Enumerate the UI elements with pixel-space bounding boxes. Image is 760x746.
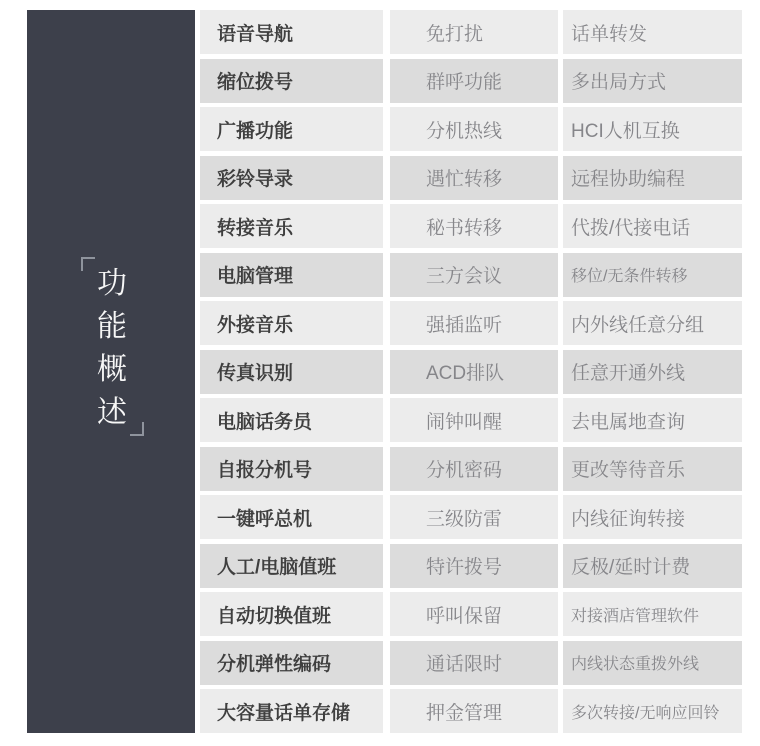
feature-cell-tertiary: 去电属地查询: [563, 398, 742, 442]
feature-table: 语音导航 免打扰 话单转发 缩位拨号 群呼功能 多出局方式 广播功能 分机热线 …: [200, 10, 742, 733]
feature-cell-secondary: 押金管理: [390, 689, 558, 733]
table-row: 语音导航 免打扰 话单转发: [200, 10, 742, 54]
table-row: 彩铃导录 遇忙转移 远程协助编程: [200, 156, 742, 200]
table-row: 传真识别 ACD排队 任意开通外线: [200, 350, 742, 394]
feature-cell-primary: 电脑话务员: [200, 398, 383, 442]
feature-cell-primary: 外接音乐: [200, 301, 383, 345]
feature-cell-primary: 一键呼总机: [200, 495, 383, 539]
feature-cell-primary: 转接音乐: [200, 204, 383, 248]
page-title-wrap: 功能概述: [96, 262, 128, 434]
table-row: 电脑管理 三方会议 移位/无条件转移: [200, 253, 742, 297]
table-row: 外接音乐 强插监听 内外线任意分组: [200, 301, 742, 345]
feature-cell-secondary: 强插监听: [390, 301, 558, 345]
feature-cell-tertiary: 移位/无条件转移: [563, 253, 742, 297]
feature-cell-secondary: 免打扰: [390, 10, 558, 54]
table-row: 转接音乐 秘书转移 代拨/代接电话: [200, 204, 742, 248]
feature-overview-page: 功能概述 语音导航 免打扰 话单转发 缩位拨号 群呼功能 多出局方式 广播功能 …: [0, 0, 760, 746]
feature-cell-secondary: 三级防雷: [390, 495, 558, 539]
feature-cell-primary: 大容量话单存储: [200, 689, 383, 733]
feature-cell-tertiary: 内线状态重拨外线: [563, 641, 742, 685]
table-row: 广播功能 分机热线 HCI人机互换: [200, 107, 742, 151]
table-row: 缩位拨号 群呼功能 多出局方式: [200, 59, 742, 103]
feature-cell-secondary: 特许拨号: [390, 544, 558, 588]
feature-cell-tertiary: 多出局方式: [563, 59, 742, 103]
feature-cell-tertiary: 任意开通外线: [563, 350, 742, 394]
feature-cell-tertiary: HCI人机互换: [563, 107, 742, 151]
table-row: 一键呼总机 三级防雷 内线征询转接: [200, 495, 742, 539]
feature-cell-secondary: 分机热线: [390, 107, 558, 151]
feature-cell-tertiary: 话单转发: [563, 10, 742, 54]
feature-cell-primary: 彩铃导录: [200, 156, 383, 200]
table-row: 自动切换值班 呼叫保留 对接酒店管理软件: [200, 592, 742, 636]
feature-cell-primary: 分机弹性编码: [200, 641, 383, 685]
feature-cell-primary: 广播功能: [200, 107, 383, 151]
feature-cell-tertiary: 内外线任意分组: [563, 301, 742, 345]
corner-bracket-open-icon: [81, 257, 95, 271]
feature-cell-tertiary: 远程协助编程: [563, 156, 742, 200]
feature-cell-secondary: 呼叫保留: [390, 592, 558, 636]
feature-cell-secondary: 群呼功能: [390, 59, 558, 103]
feature-cell-secondary: 秘书转移: [390, 204, 558, 248]
feature-cell-tertiary: 对接酒店管理软件: [563, 592, 742, 636]
feature-cell-primary: 传真识别: [200, 350, 383, 394]
sidebar: 功能概述: [27, 10, 195, 733]
feature-cell-secondary: ACD排队: [390, 350, 558, 394]
page-title: 功能概述: [96, 262, 128, 434]
feature-cell-secondary: 通话限时: [390, 641, 558, 685]
table-row: 大容量话单存储 押金管理 多次转接/无响应回铃: [200, 689, 742, 733]
feature-cell-primary: 缩位拨号: [200, 59, 383, 103]
feature-cell-primary: 自动切换值班: [200, 592, 383, 636]
feature-cell-tertiary: 内线征询转接: [563, 495, 742, 539]
feature-cell-secondary: 分机密码: [390, 447, 558, 491]
table-row: 电脑话务员 闹钟叫醒 去电属地查询: [200, 398, 742, 442]
feature-cell-secondary: 三方会议: [390, 253, 558, 297]
feature-cell-secondary: 闹钟叫醒: [390, 398, 558, 442]
feature-cell-tertiary: 反极/延时计费: [563, 544, 742, 588]
table-row: 分机弹性编码 通话限时 内线状态重拨外线: [200, 641, 742, 685]
feature-cell-primary: 人工/电脑值班: [200, 544, 383, 588]
table-row: 自报分机号 分机密码 更改等待音乐: [200, 447, 742, 491]
feature-cell-primary: 自报分机号: [200, 447, 383, 491]
feature-cell-primary: 语音导航: [200, 10, 383, 54]
feature-cell-tertiary: 代拨/代接电话: [563, 204, 742, 248]
feature-cell-tertiary: 更改等待音乐: [563, 447, 742, 491]
feature-cell-secondary: 遇忙转移: [390, 156, 558, 200]
corner-bracket-close-icon: [130, 422, 144, 436]
feature-cell-tertiary: 多次转接/无响应回铃: [563, 689, 742, 733]
table-row: 人工/电脑值班 特许拨号 反极/延时计费: [200, 544, 742, 588]
feature-cell-primary: 电脑管理: [200, 253, 383, 297]
